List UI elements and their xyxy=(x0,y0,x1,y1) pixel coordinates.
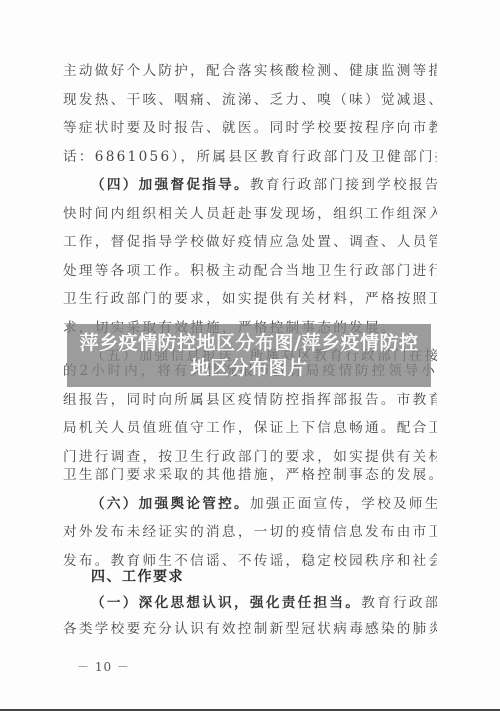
page-number: － 10 － xyxy=(77,658,130,675)
text-line: 卫生部门要求采取的其他措施，严格控制事态的发展。 xyxy=(63,465,437,485)
text-line: 对外发布未经证实的消息，一切的疫情信息发布由市卫健委统一 xyxy=(63,522,437,542)
text-line: 卫生行政部门的要求，如实提供有关材料，严格按照卫生部门要 xyxy=(63,289,437,309)
section-heading: 四、工作要求 xyxy=(91,567,184,587)
paragraph-six-first-line: （六）加强舆论管控。加强正面宣传，学校及师生不得擅自 xyxy=(91,494,437,514)
text-line: 门进行调查，按卫生行政部门的要求，如实提供有关材料，落实 xyxy=(63,447,437,467)
text-line: 快时间内组织相关人员赶赴事发现场，组织工作组深入学校开展 xyxy=(63,204,437,224)
paragraph-text: 教育行政部门接到学校报告后，在最 xyxy=(250,177,437,193)
title-overlay-banner: 萍乡疫情防控地区分布图/萍乡疫情防控地区分布图片 xyxy=(67,324,431,387)
text-line: 等症状时要及时报告、就医。同时学校要按程序向市教育局（电 xyxy=(63,118,437,138)
text-line: 话：6861056），所属县区教育行政部门及卫健部门报告情况。 xyxy=(63,147,437,167)
text-line: 工作，督促指导学校做好疫情应急处置、调查、人员管理、善后 xyxy=(63,232,437,252)
overlay-title: 萍乡疫情防控地区分布图/萍乡疫情防控地区分布图片 xyxy=(79,331,419,381)
paragraph-lead: （一）深化思想认识，强化责任担当。 xyxy=(91,595,361,611)
text-line: 处理等各项工作。积极主动配合当地卫生行政部门进行调查，按 xyxy=(63,261,437,281)
paragraph-lead: （六）加强舆论管控。 xyxy=(91,496,250,512)
text-line: 各类学校要充分认识有效控制新型冠状病毒感染的肺炎疫情的 xyxy=(63,619,437,639)
text-line: 现发热、干咳、咽痛、流涕、乏力、嗅（味）觉减退、肌肉酸痛 xyxy=(63,90,437,110)
paragraph-requirement-one-first-line: （一）深化思想认识，强化责任担当。教育行政部门及各级 xyxy=(91,593,437,613)
paragraph-four-first-line: （四）加强督促指导。教育行政部门接到学校报告后，在最 xyxy=(91,175,437,195)
text-line: 局机关人员值班值守工作，保证上下信息畅通。配合卫生行政部 xyxy=(63,418,437,438)
paragraph-lead: （四）加强督促指导。 xyxy=(91,177,250,193)
text-line: 组报告，同时向所属县区疫情防控指挥部报告。市教育局要加强 xyxy=(63,390,437,410)
text-line: 主动做好个人防护，配合落实核酸检测、健康监测等措施，如出 xyxy=(63,61,437,81)
paragraph-text: 加强正面宣传，学校及师生不得擅自 xyxy=(250,496,437,512)
paragraph-text: 教育行政部门及各级 xyxy=(361,595,437,611)
